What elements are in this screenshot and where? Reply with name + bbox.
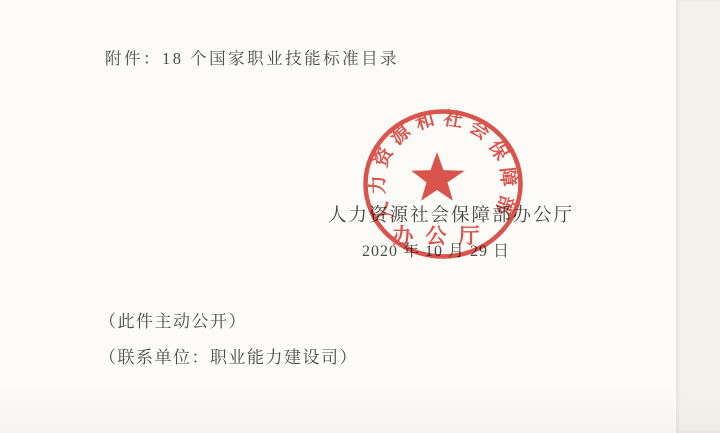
attachment-title: 附件：18 个国家职业技能标准目录: [105, 45, 399, 69]
contact-note: （联系单位：职业能力建设司）: [99, 343, 358, 368]
document-page: 附件：18 个国家职业技能标准目录 人力资源社会保障部办公厅 2020 年 10…: [0, 0, 720, 433]
paper-edge: [674, 0, 720, 433]
disclosure-note: （此件主动公开）: [99, 307, 247, 332]
seal-bottom-text: 办公厅: [393, 224, 492, 248]
official-seal: 人力资源和社会保障部 办公厅: [358, 103, 528, 265]
red-star-icon: [411, 152, 464, 201]
seal-ring-text: 人力资源和社会保障部: [366, 106, 521, 225]
